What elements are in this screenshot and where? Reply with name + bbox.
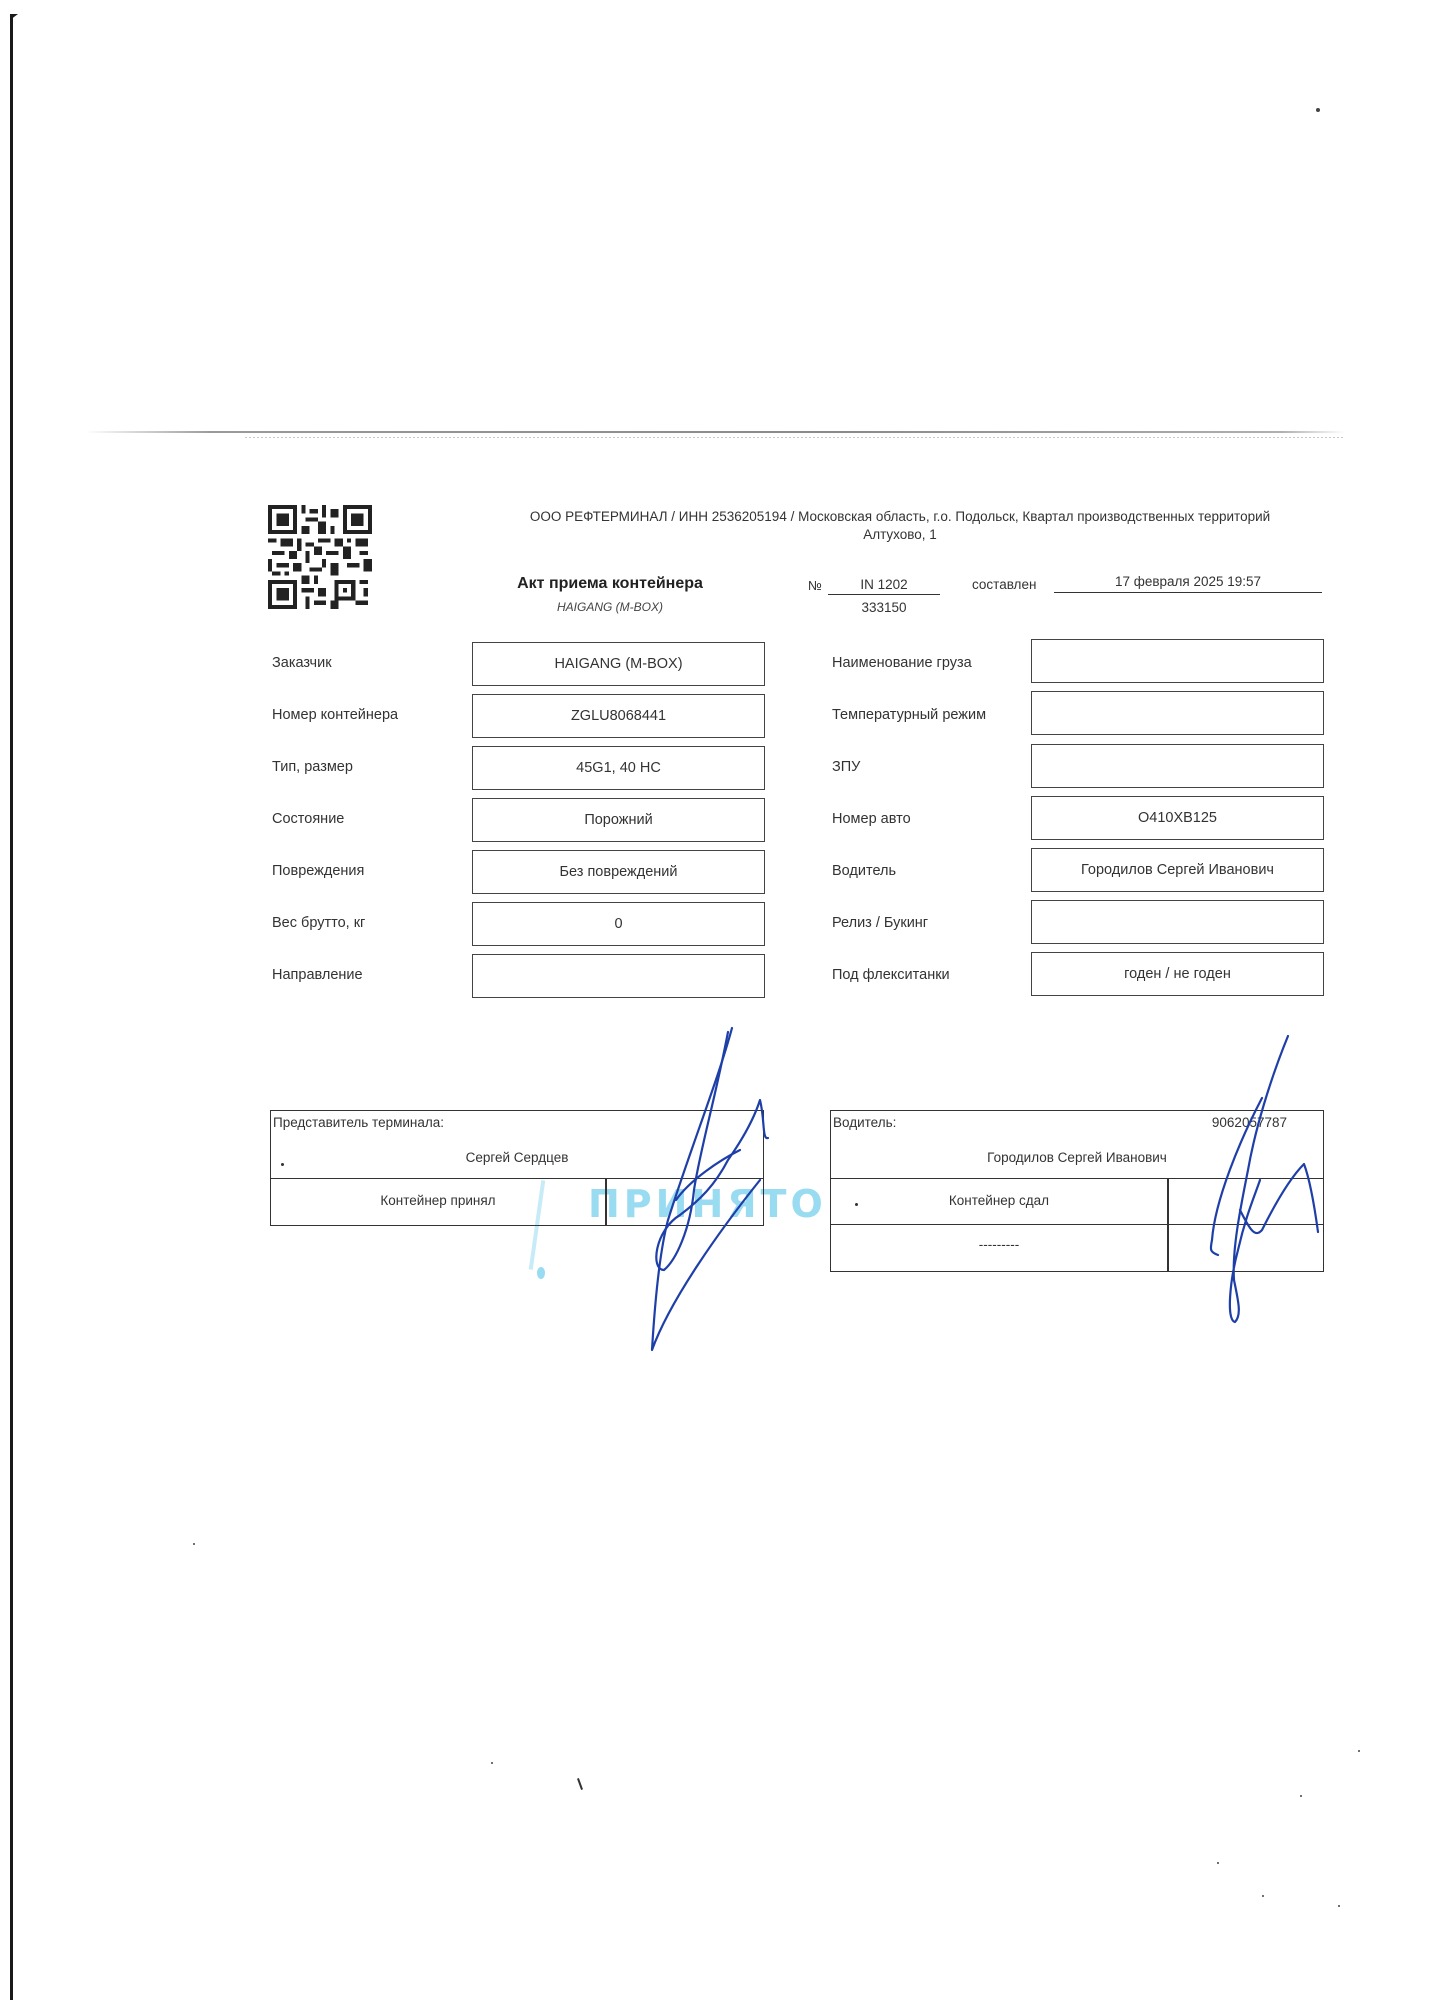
handwritten-signatures	[0, 0, 1454, 2000]
driver-signature-icon	[1211, 1036, 1318, 1322]
terminal-signature-icon	[652, 1028, 768, 1350]
